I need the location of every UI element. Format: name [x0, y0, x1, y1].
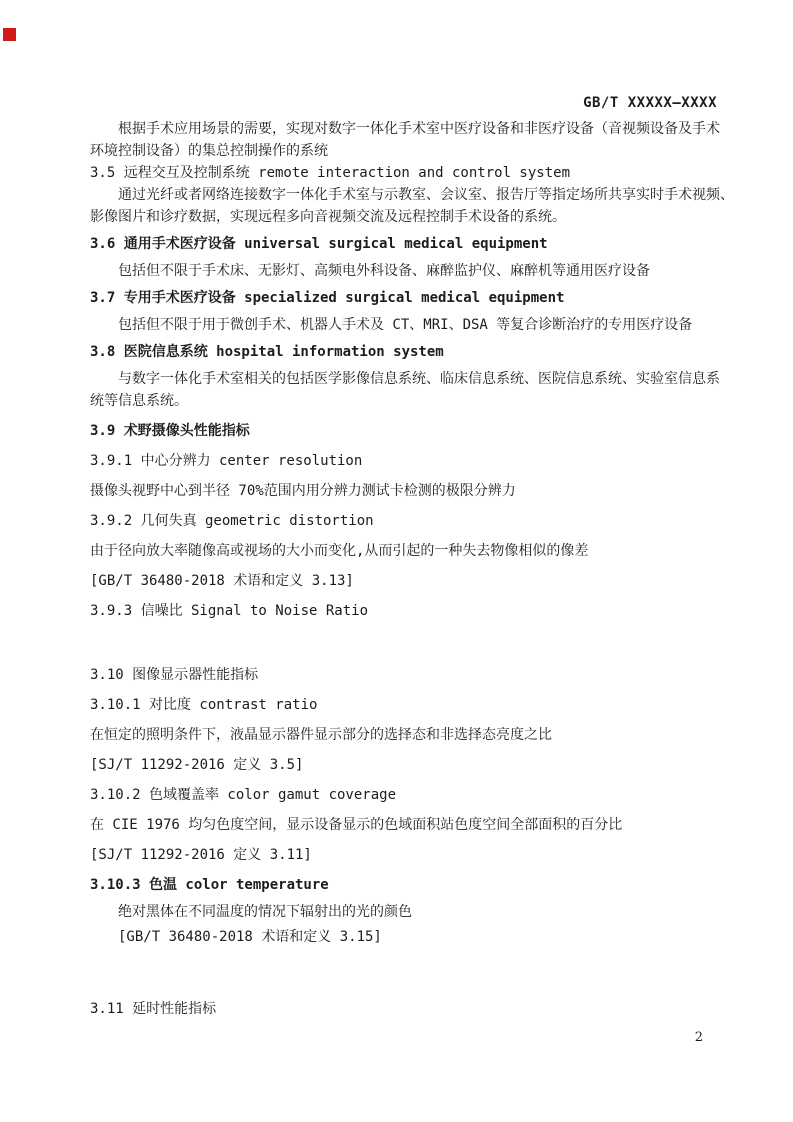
page-number: 2: [695, 1030, 703, 1045]
document-page: GB/T XXXXX—XXXX 根据手术应用场景的需要，实现对数字一体化手术室中…: [0, 0, 793, 1122]
text-line: 3.9 术野摄像头性能指标: [90, 420, 730, 442]
text-line: 3.10.2 色域覆盖率 color gamut coverage: [90, 784, 730, 806]
text-line: 3.7 专用手术医疗设备 specialized surgical medica…: [90, 287, 730, 309]
text-line: 影像图片和诊疗数据，实现远程多向音视频交流及远程控制手术设备的系统。: [90, 206, 730, 228]
text-line: 3.10.3 色温 color temperature: [90, 874, 730, 896]
text-line: 摄像头视野中心到半径 70%范围内用分辨力测试卡检测的极限分辨力: [90, 480, 730, 502]
text-line: 3.9.1 中心分辨力 center resolution: [90, 450, 730, 472]
text-line: [SJ/T 11292-2016 定义 3.11]: [90, 844, 730, 866]
text-line: 3.9.3 信噪比 Signal to Noise Ratio: [90, 600, 730, 622]
document-body: 根据手术应用场景的需要，实现对数字一体化手术室中医疗设备和非医疗设备（音视频设备…: [90, 118, 730, 1020]
text-line: 通过光纤或者网络连接数字一体化手术室与示教室、会议室、报告厅等指定场所共享实时手…: [90, 184, 730, 206]
text-line: [SJ/T 11292-2016 定义 3.5]: [90, 754, 730, 776]
text-line: 包括但不限于用于微创手术、机器人手术及 CT、MRI、DSA 等复合诊断治疗的专…: [90, 314, 730, 336]
text-line: 根据手术应用场景的需要，实现对数字一体化手术室中医疗设备和非医疗设备（音视频设备…: [90, 118, 730, 140]
text-line: 3.6 通用手术医疗设备 universal surgical medical …: [90, 233, 730, 255]
text-line: 包括但不限于手术床、无影灯、高频电外科设备、麻醉监护仪、麻醉机等通用医疗设备: [90, 260, 730, 282]
running-header: GB/T XXXXX—XXXX: [583, 95, 717, 111]
text-line: [GB/T 36480-2018 术语和定义 3.15]: [90, 926, 730, 948]
text-line: 3.10.1 对比度 contrast ratio: [90, 694, 730, 716]
text-line: 3.8 医院信息系统 hospital information system: [90, 341, 730, 363]
text-line: 3.11 延时性能指标: [90, 998, 730, 1020]
text-line: 统等信息系统。: [90, 390, 730, 412]
text-line: [GB/T 36480-2018 术语和定义 3.13]: [90, 570, 730, 592]
text-line: 环境控制设备）的集总控制操作的系统: [90, 140, 730, 162]
text-line: 绝对黑体在不同温度的情况下辐射出的光的颜色: [90, 901, 730, 923]
text-line: 在恒定的照明条件下，液晶显示器件显示部分的选择态和非选择态亮度之比: [90, 724, 730, 746]
text-line: 3.5 远程交互及控制系统 remote interaction and con…: [90, 162, 730, 184]
red-marker: [3, 28, 16, 41]
text-line: 由于径向放大率随像高或视场的大小而变化,从而引起的一种失去物像相似的像差: [90, 540, 730, 562]
text-line: 3.9.2 几何失真 geometric distortion: [90, 510, 730, 532]
text-line: 在 CIE 1976 均匀色度空间，显示设备显示的色域面积站色度空间全部面积的百…: [90, 814, 730, 836]
text-line: 与数字一体化手术室相关的包括医学影像信息系统、临床信息系统、医院信息系统、实验室…: [90, 368, 730, 390]
text-line: 3.10 图像显示器性能指标: [90, 664, 730, 686]
